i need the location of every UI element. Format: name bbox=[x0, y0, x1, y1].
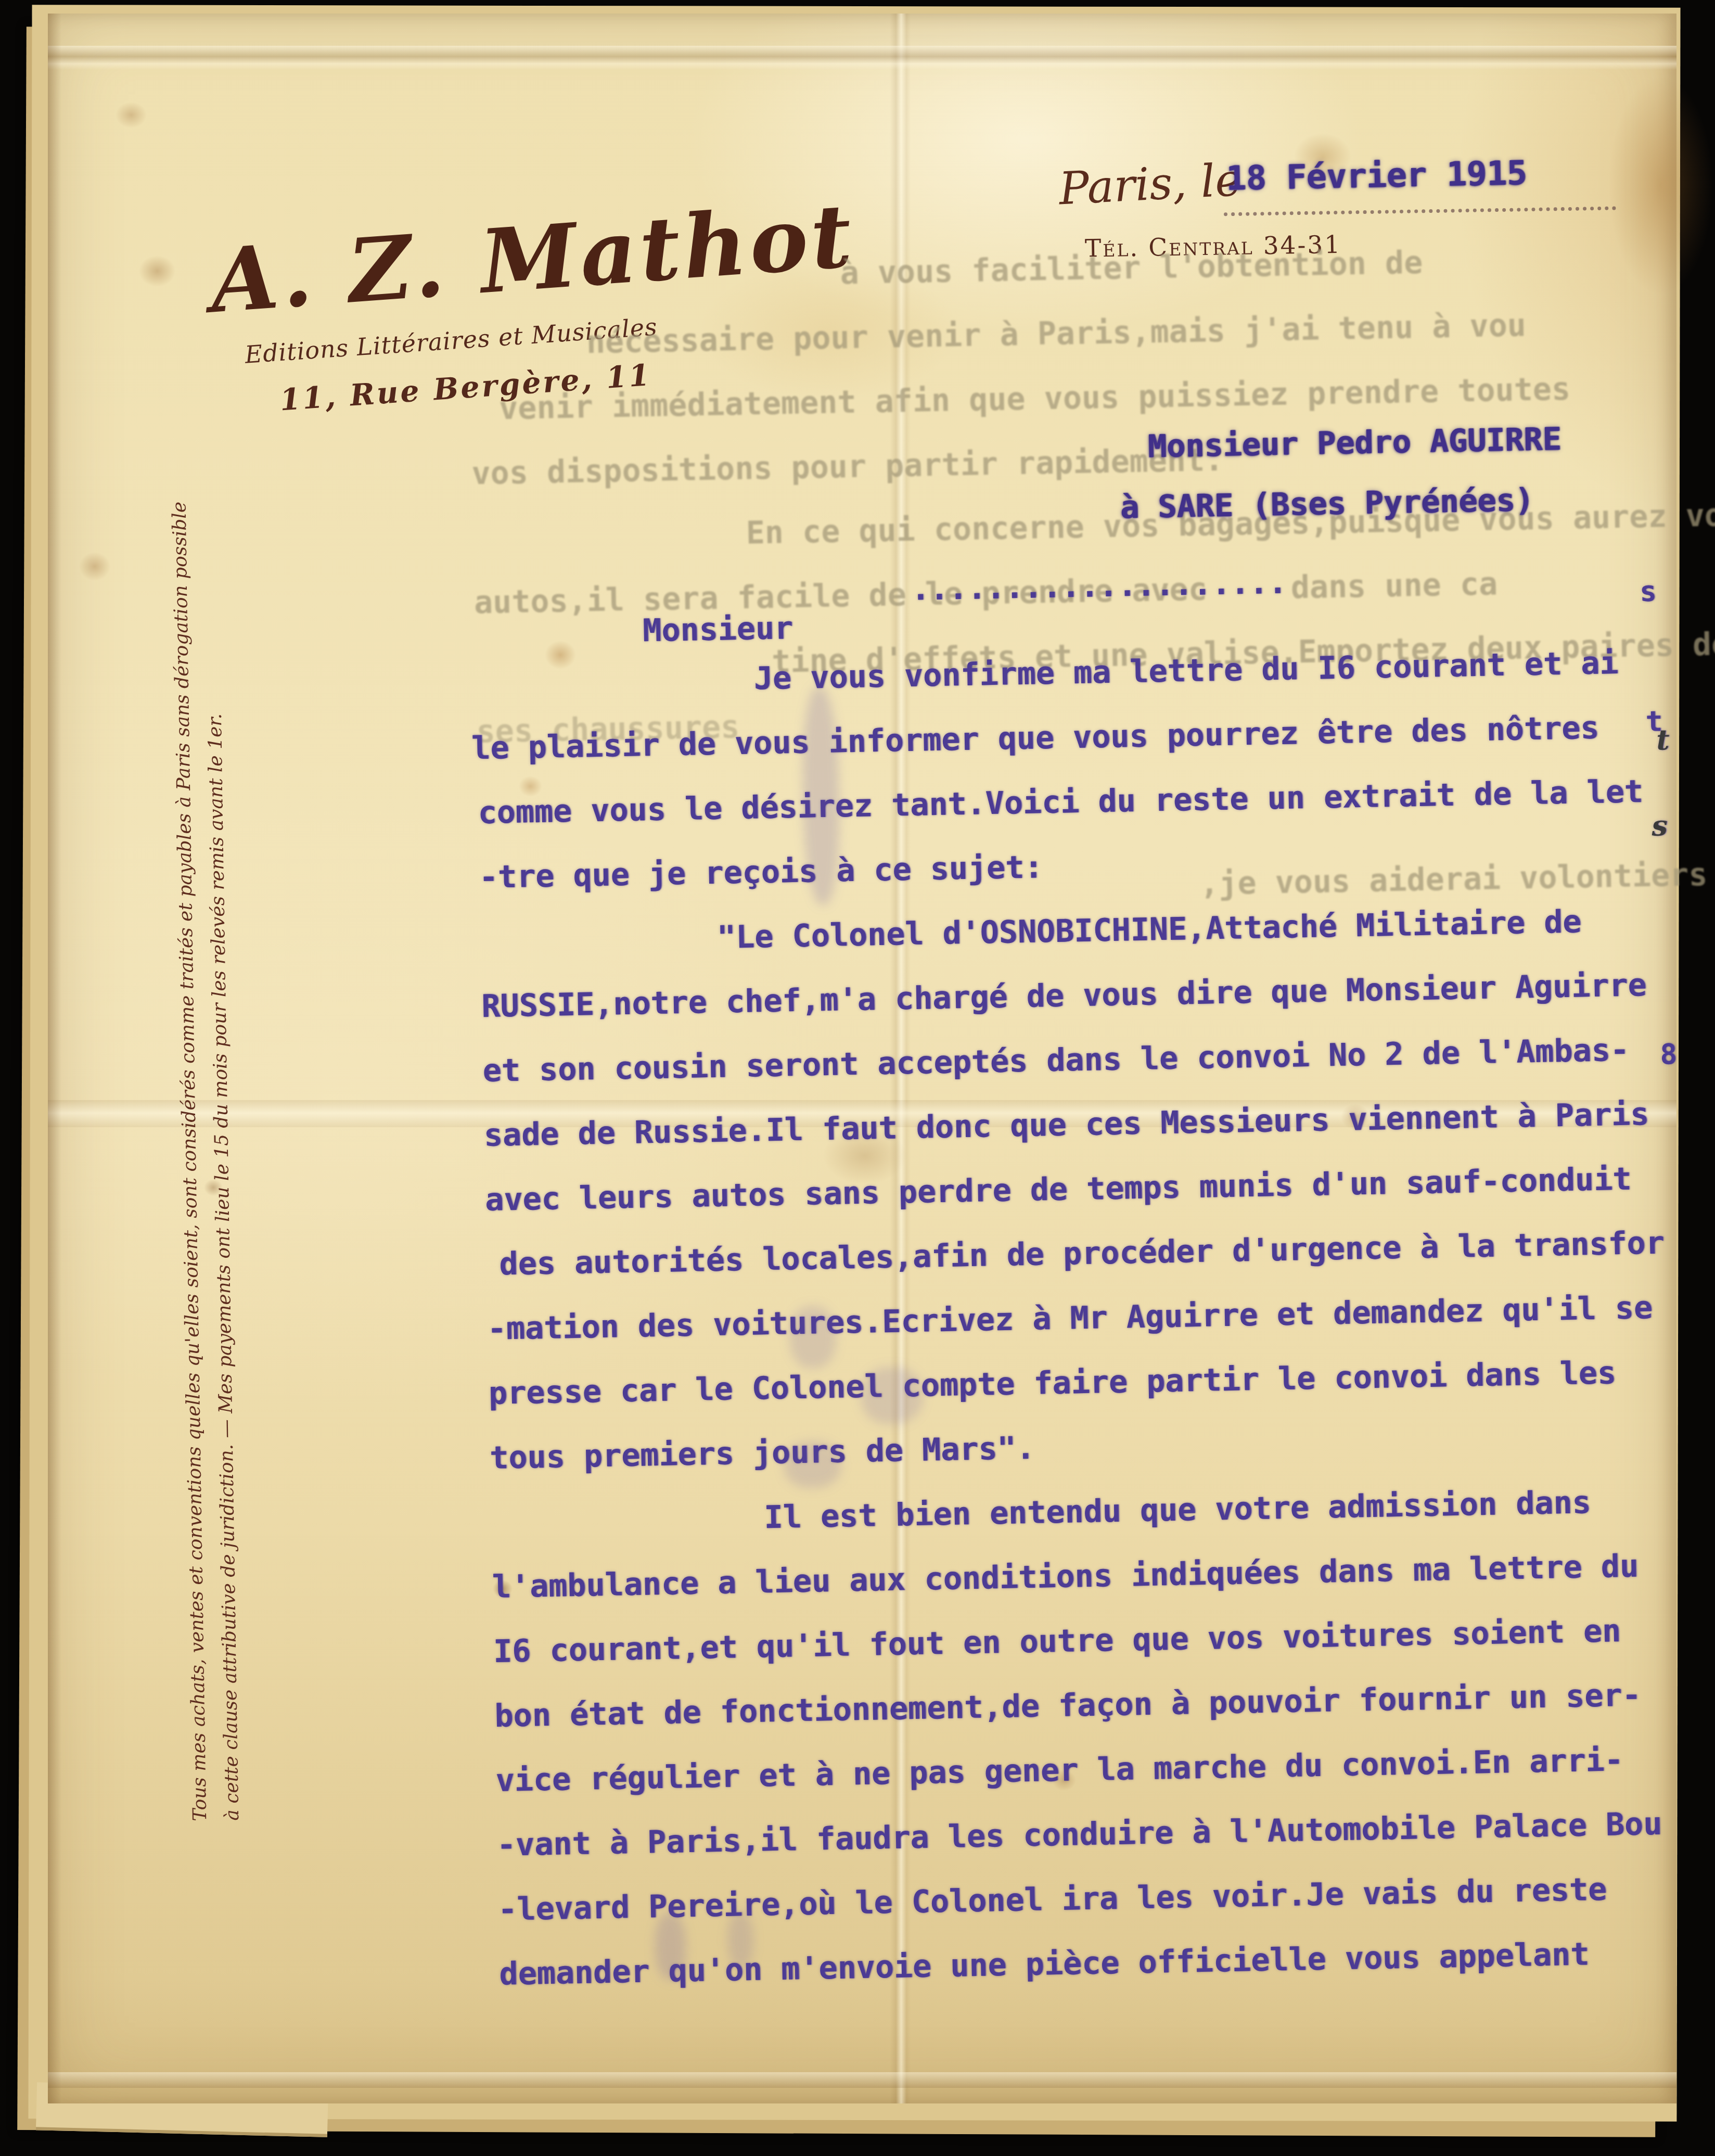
ghost-line: vos dispositions pour partir rapidement. bbox=[471, 442, 1224, 492]
ghost-line: à vous faciliter l'obtention de bbox=[840, 245, 1423, 292]
letter-paper: A. Z. Mathot Editions Littéraires et Mus… bbox=[48, 14, 1676, 2103]
body-line: "Le Colonel d'OSNOBICHINE,Attaché Milita… bbox=[716, 903, 1582, 955]
body-line: -vant à Paris,il faudra les conduire à l… bbox=[496, 1806, 1662, 1864]
stray-character: s bbox=[1652, 809, 1668, 843]
body-line: presse car le Colonel compte faire parti… bbox=[488, 1355, 1616, 1412]
stray-character: 8 bbox=[1660, 1038, 1678, 1071]
ink-smudge bbox=[860, 1367, 924, 1425]
typed-text-layer: à vous faciliter l'obtention de nécessai… bbox=[40, 0, 1706, 2119]
ink-smudge bbox=[727, 1911, 754, 1969]
body-line: bon état de fonctionnement,de façon à po… bbox=[494, 1677, 1641, 1734]
ghost-line: ,je vous aiderai volontiers à bbox=[1200, 856, 1715, 902]
body-line: -tre que je reçois à ce sujet: bbox=[479, 849, 1043, 896]
body-line: des autorités locales,afin de procéder d… bbox=[499, 1225, 1665, 1283]
body-line: comme vous le désirez tant.Voici du rest… bbox=[478, 773, 1644, 831]
ink-smudge bbox=[784, 1441, 842, 1489]
body-line: tous premiers jours de Mars". bbox=[490, 1430, 1035, 1476]
typed-dots-row: .................... bbox=[911, 565, 1287, 608]
ghost-line: nécessaire pour venir à Paris,mais j'ai … bbox=[586, 307, 1526, 361]
typed-date: 18 Février 1915 bbox=[1226, 154, 1527, 198]
body-line: Il est bien entendu que votre admission … bbox=[764, 1484, 1591, 1536]
body-line: -mation des voitures.Ecrivez à Mr Aguirr… bbox=[487, 1290, 1653, 1347]
body-line: l'ambulance a lieu aux conditions indiqu… bbox=[492, 1548, 1639, 1605]
stray-character: t bbox=[1656, 723, 1670, 756]
ink-smudge bbox=[654, 1912, 686, 1980]
body-line: vice régulier et à ne pas gener la march… bbox=[495, 1742, 1623, 1799]
body-line: avec leurs autos sans perdre de temps mu… bbox=[485, 1161, 1632, 1218]
body-line: sade de Russie.Il faut donc que ces Mess… bbox=[483, 1096, 1649, 1154]
body-line: RUSSIE,notre chef,m'a chargé de vous dir… bbox=[481, 967, 1647, 1025]
ghost-line: venir immédiatement afin que vous puissi… bbox=[499, 371, 1571, 427]
body-line: I6 courant,et qu'il fout en outre que vo… bbox=[493, 1613, 1621, 1670]
recipient-name: Monsieur Pedro AGUIRRE bbox=[1147, 421, 1562, 465]
scanned-letter: A. Z. Mathot Editions Littéraires et Mus… bbox=[0, 0, 1715, 2156]
salutation: Monsieur bbox=[643, 610, 793, 649]
body-line: et son cousin seront acceptés dans le co… bbox=[482, 1032, 1629, 1089]
recipient-address: à SARE (Bses Pyrénées) bbox=[1120, 482, 1534, 526]
ghost-line: dans une ca bbox=[1290, 566, 1498, 606]
stray-character: s bbox=[1640, 575, 1657, 608]
ink-smudge bbox=[789, 1306, 837, 1369]
